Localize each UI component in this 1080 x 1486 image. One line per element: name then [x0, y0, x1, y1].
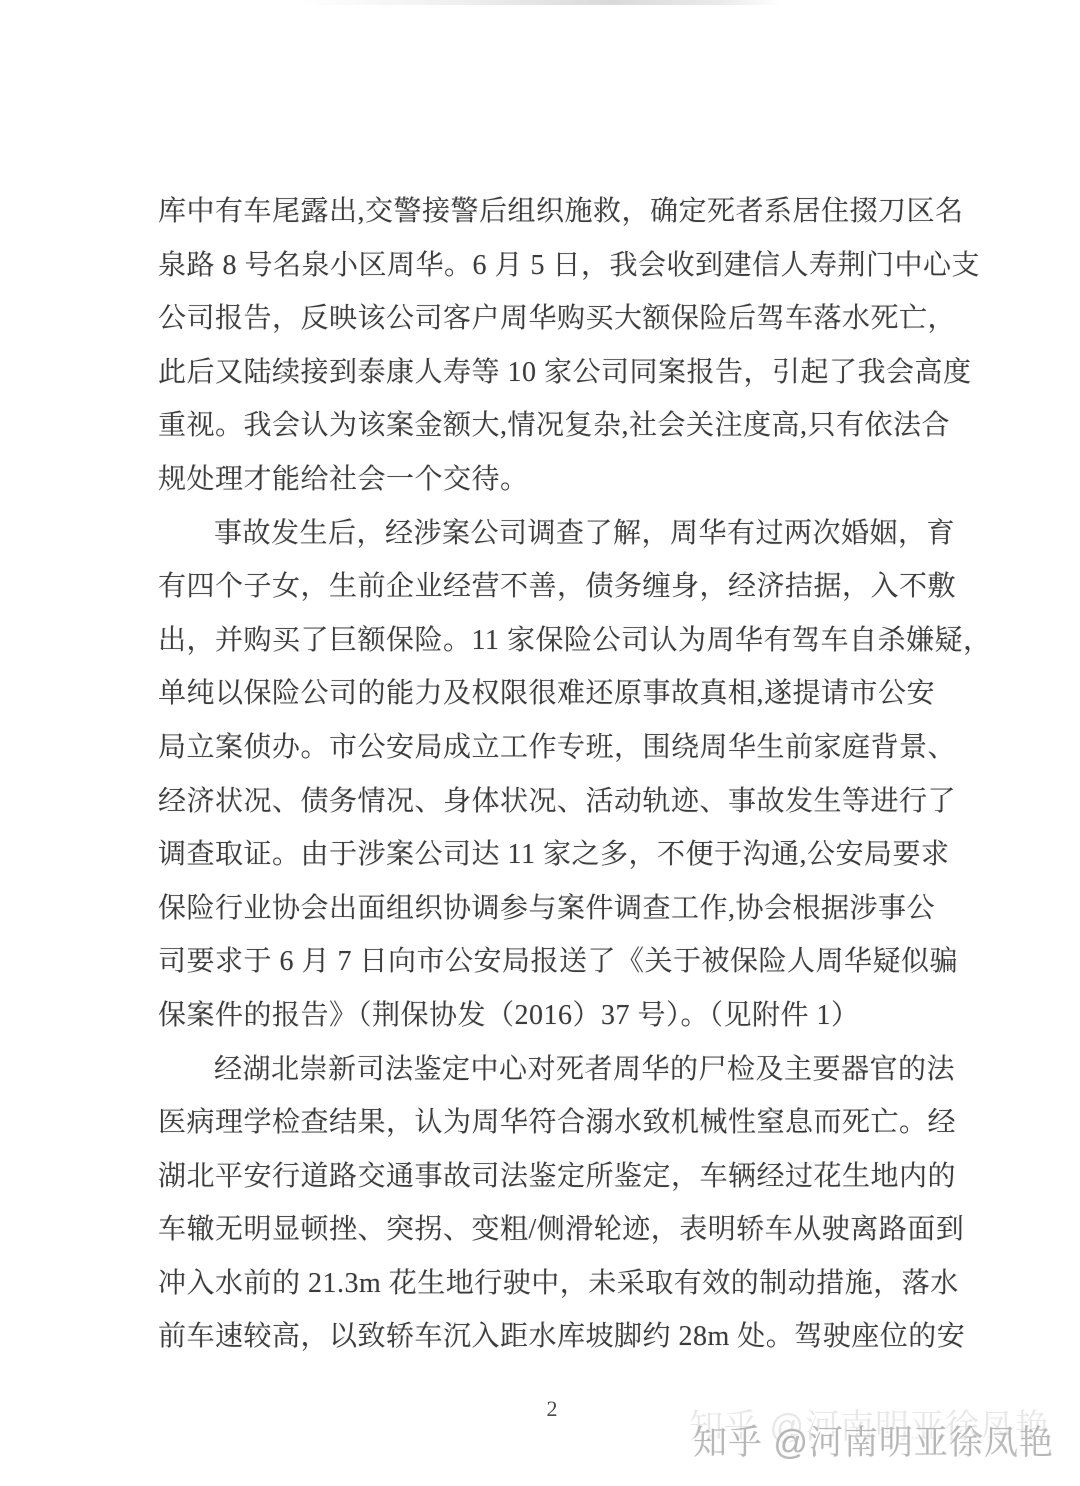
text-line: 车辙无明显顿挫、突拐、变粗/侧滑轮迹，表明轿车从驶离路面到 [158, 1203, 930, 1257]
watermark: 知乎 @河南明亚徐凤艳 知乎 @河南明亚徐凤艳 [693, 1415, 1054, 1464]
text-line: 冲入水前的 21.3m 花生地行驶中，未采取有效的制动措施，落水 [158, 1257, 930, 1311]
watermark-text: 知乎 @河南明亚徐凤艳 [693, 1415, 1054, 1464]
text-line: 保险行业协会出面组织协调参与案件调查工作,协会根据涉事公 [158, 882, 930, 936]
text-line: 经济状况、债务情况、身体状况、活动轨迹、事故发生等进行了 [158, 775, 930, 829]
paragraph: 经湖北崇新司法鉴定中心对死者周华的尸检及主要器官的法医病理学检查结果，认为周华符… [158, 1043, 930, 1365]
text-line: 有四个子女，生前企业经营不善，债务缠身，经济拮据，入不敷 [158, 560, 930, 614]
text-line: 公司报告，反映该公司客户周华购买大额保险后驾车落水死亡， [158, 292, 930, 346]
page-number: 2 [547, 1396, 558, 1422]
text-line: 司要求于 6 月 7 日向市公安局报送了《关于被保险人周华疑似骗 [158, 935, 930, 989]
document-body: 库中有车尾露出,交警接警后组织施救，确定死者系居住掇刀区名泉路 8 号名泉小区周… [158, 185, 930, 1364]
text-line: 湖北平安行道路交通事故司法鉴定所鉴定，车辆经过花生地内的 [158, 1150, 930, 1204]
text-line: 规处理才能给社会一个交待。 [158, 453, 930, 507]
text-line: 重视。我会认为该案金额大,情况复杂,社会关注度高,只有依法合 [158, 399, 930, 453]
text-line: 调查取证。由于涉案公司达 11 家之多，不便于沟通,公安局要求 [158, 828, 930, 882]
text-line: 保案件的报告》（荆保协发（2016）37 号）。（见附件 1） [158, 989, 930, 1043]
text-line: 泉路 8 号名泉小区周华。6 月 5 日，我会收到建信人寿荆门中心支 [158, 239, 930, 293]
paragraph: 事故发生后，经涉案公司调查了解，周华有过两次婚姻，育有四个子女，生前企业经营不善… [158, 507, 930, 1043]
text-line: 前车速较高，以致轿车沉入距水库坡脚约 28m 处。驾驶座位的安 [158, 1310, 930, 1364]
text-line: 事故发生后，经涉案公司调查了解，周华有过两次婚姻，育 [158, 507, 930, 561]
text-line: 单纯以保险公司的能力及权限很难还原事故真相,遂提请市公安 [158, 667, 930, 721]
text-line: 库中有车尾露出,交警接警后组织施救，确定死者系居住掇刀区名 [158, 185, 930, 239]
text-line: 出，并购买了巨额保险。11 家保险公司认为周华有驾车自杀嫌疑， [158, 614, 930, 668]
text-line: 经湖北崇新司法鉴定中心对死者周华的尸检及主要器官的法 [158, 1043, 930, 1097]
text-line: 局立案侦办。市公安局成立工作专班，围绕周华生前家庭背景、 [158, 721, 930, 775]
text-line: 此后又陆续接到泰康人寿等 10 家公司同案报告，引起了我会高度 [158, 346, 930, 400]
watermark-ghost-text: 知乎 @河南明亚徐凤艳 [689, 1399, 1050, 1448]
scan-artifact-streak [300, 0, 780, 5]
text-line: 医病理学检查结果，认为周华符合溺水致机械性窒息而死亡。经 [158, 1096, 930, 1150]
paragraph: 库中有车尾露出,交警接警后组织施救，确定死者系居住掇刀区名泉路 8 号名泉小区周… [158, 185, 930, 507]
